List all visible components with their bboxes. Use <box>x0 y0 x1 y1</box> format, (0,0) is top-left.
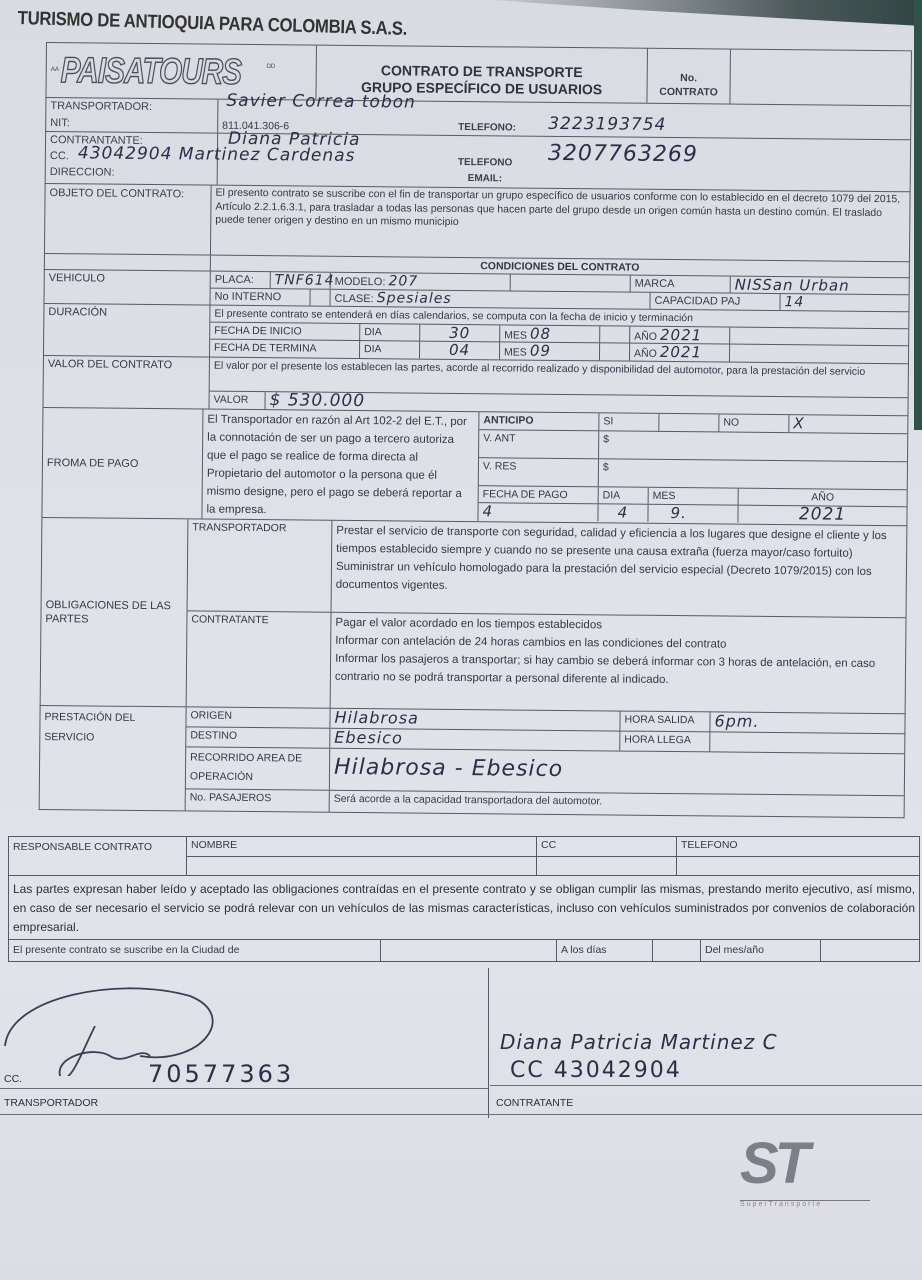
placa-field[interactable]: TNF614 <box>271 272 331 289</box>
paisatours-logo: PAISATOURS <box>61 63 242 79</box>
termina-ano[interactable]: AÑO 2021 <box>630 344 730 362</box>
responsable-section: RESPONSABLE CONTRATO NOMBRE CC TELEFONO … <box>8 836 920 962</box>
transportador-label-cell: TRANSPORTADOR: NIT: <box>46 98 218 133</box>
clase-field[interactable]: CLASE: Spesiales <box>330 290 650 309</box>
objeto-label: OBJETO DEL CONTRATO: <box>45 184 212 255</box>
modelo-field[interactable]: MODELO: 207 <box>331 273 511 291</box>
inicio-ano[interactable]: AÑO 2021 <box>630 327 730 344</box>
anticipo-si-box[interactable] <box>659 414 719 432</box>
background-edge <box>492 0 922 26</box>
contract-form: ᴬᴬ PAISATOURS ᴰᴰ CONTRATO DE TRANSPORTE … <box>39 42 912 818</box>
responsable-label: RESPONSABLE CONTRATO <box>9 837 187 875</box>
inicio-dia[interactable]: 30 <box>420 325 500 342</box>
hora-salida-field[interactable]: 6pm. <box>710 712 904 733</box>
obligaciones-label: OBLIGACIONES DE LAS PARTES <box>41 518 189 706</box>
forma-pago-text: El Transportador en razón al Art 102-2 d… <box>202 410 479 522</box>
contratante-field[interactable]: Diana Patricia 43042904 Martinez Cardena… <box>218 134 910 192</box>
marca-field[interactable]: NISSan Urban <box>731 277 909 295</box>
valor-label: VALOR DEL CONTRATO <box>43 356 209 409</box>
no-interno-field[interactable] <box>310 290 330 306</box>
contract-number-field[interactable] <box>730 50 911 106</box>
contratante-signature: Diana Patricia Martinez C <box>500 1030 778 1054</box>
termina-dia[interactable]: 04 <box>420 342 500 360</box>
obligaciones-transportador-text: Prestar el servicio de transporte con se… <box>332 521 907 618</box>
objeto-text: El presento contrato se suscribe con el … <box>211 186 910 262</box>
st-letters: ST <box>740 1134 880 1194</box>
pago-dia-field[interactable]: 4 <box>598 504 648 521</box>
vehiculo-label: VEHICULO <box>44 270 210 305</box>
supertransporte-logo: ST SuperTransporte <box>740 1134 880 1220</box>
contract-number-label: No. CONTRATO <box>646 49 731 104</box>
transportador-cc: 70577363 <box>148 1060 294 1088</box>
clausula-text: Las partes expresan haber leído y acepta… <box>8 876 920 940</box>
responsable-cc-field[interactable] <box>537 857 677 875</box>
contratante-cc: CC 43042904 <box>510 1058 682 1083</box>
termina-mes[interactable]: MES 09 <box>500 342 600 360</box>
pasajeros-text: Será acorde a la capacidad transportador… <box>330 791 904 818</box>
forma-pago-label: FROMA DE PAGO <box>42 408 203 519</box>
v-res-field[interactable]: $ <box>599 459 907 489</box>
destino-field[interactable]: Ebesico <box>330 729 620 751</box>
telefono-contratante: 3207763269 <box>548 147 698 162</box>
fecha-pago-field[interactable]: 4 <box>478 503 598 521</box>
signature-area: CC. 70577363 TRANSPORTADOR Diana Patrici… <box>0 960 922 1130</box>
hora-llega-field[interactable] <box>710 732 904 753</box>
dias-field[interactable] <box>653 940 701 961</box>
background-edge <box>914 0 922 430</box>
pago-mes-field[interactable]: 9. <box>648 505 738 523</box>
duracion-label: DURACIÓN <box>44 304 210 357</box>
telefono-transportador: 3223193754 <box>548 117 666 132</box>
responsable-nombre-field[interactable] <box>187 857 537 875</box>
st-tagline: SuperTransporte <box>740 1200 870 1208</box>
contratante-cc: 43042904 Martinez Cardenas <box>78 146 356 163</box>
pago-ano-field[interactable]: 2021 <box>738 506 906 525</box>
inicio-mes[interactable]: MES 08 <box>500 325 600 342</box>
anticipo-no-box[interactable]: X <box>789 415 907 433</box>
ciudad-field[interactable] <box>381 940 557 961</box>
servicio-label: PRESTACIÓN DEL SERVICIO <box>40 706 187 810</box>
obligaciones-contratante-text: Pagar el valor acordado en los tiempos e… <box>331 613 906 714</box>
capacidad-field[interactable]: 14 <box>780 294 908 311</box>
contract-paper: TURISMO DE ANTIOQUIA PARA COLOMBIA S.A.S… <box>0 0 922 1280</box>
v-ant-field[interactable]: $ <box>599 431 907 461</box>
responsable-telefono-field[interactable] <box>677 857 919 875</box>
mes-ano-field[interactable] <box>821 940 919 961</box>
recorrido-field[interactable]: Hilabrosa - Ebesico <box>330 749 904 796</box>
company-name: TURISMO DE ANTIOQUIA PARA COLOMBIA S.A.S… <box>17 8 407 41</box>
